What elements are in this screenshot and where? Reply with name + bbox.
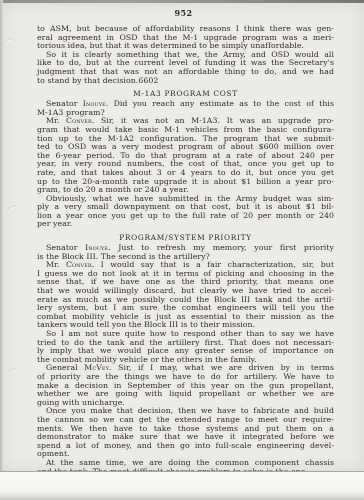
speaker-name: Inouye (85, 243, 108, 252)
underlying-page-edge (0, 471, 364, 500)
paragraph: Senator Inouye. Just to refresh my memor… (37, 244, 334, 261)
scanned-document: 952 to ASM, but because of affordability… (0, 0, 364, 500)
paragraph: Obviously, what we have submitted in the… (37, 195, 334, 229)
paragraph: Senator Inouye. Did you reach any estima… (37, 100, 334, 117)
page-content: to ASM, but because of affordability rea… (37, 25, 334, 476)
paragraph: General McVey. Sir, if I may, what we ar… (37, 364, 334, 407)
page-number: 952 (3, 8, 364, 18)
speaker-name: Conver (66, 116, 92, 125)
speaker-name: Conver (66, 260, 92, 269)
text-line: per year. (37, 220, 334, 229)
text-line: to stand by that decision.6602 (37, 77, 334, 86)
paragraph: Once you make that decision, then we hav… (37, 407, 334, 459)
section-heading: PROGRAM/SYSTEM PRIORITY (37, 233, 334, 242)
document-page: 952 to ASM, but because of affordability… (3, 3, 364, 471)
text-line: spend a lot of money, and then go into f… (37, 442, 334, 451)
paragraph: So I am not sure quite how to respond ot… (37, 330, 334, 364)
paragraph: to ASM, but because of affordability rea… (37, 25, 334, 51)
paragraph: So it is clearly something that we, the … (37, 51, 334, 85)
paragraph: Mr. Conver. Sir, it was not an M-1A3. It… (37, 117, 334, 194)
text-line: lion a year once you get up to the full … (37, 212, 334, 221)
paragraph: Mr. Conver. I would say that is a fair c… (37, 261, 334, 330)
section-heading: M-1A3 PROGRAM COST (37, 89, 334, 98)
speaker-name: Inouye (83, 99, 106, 108)
